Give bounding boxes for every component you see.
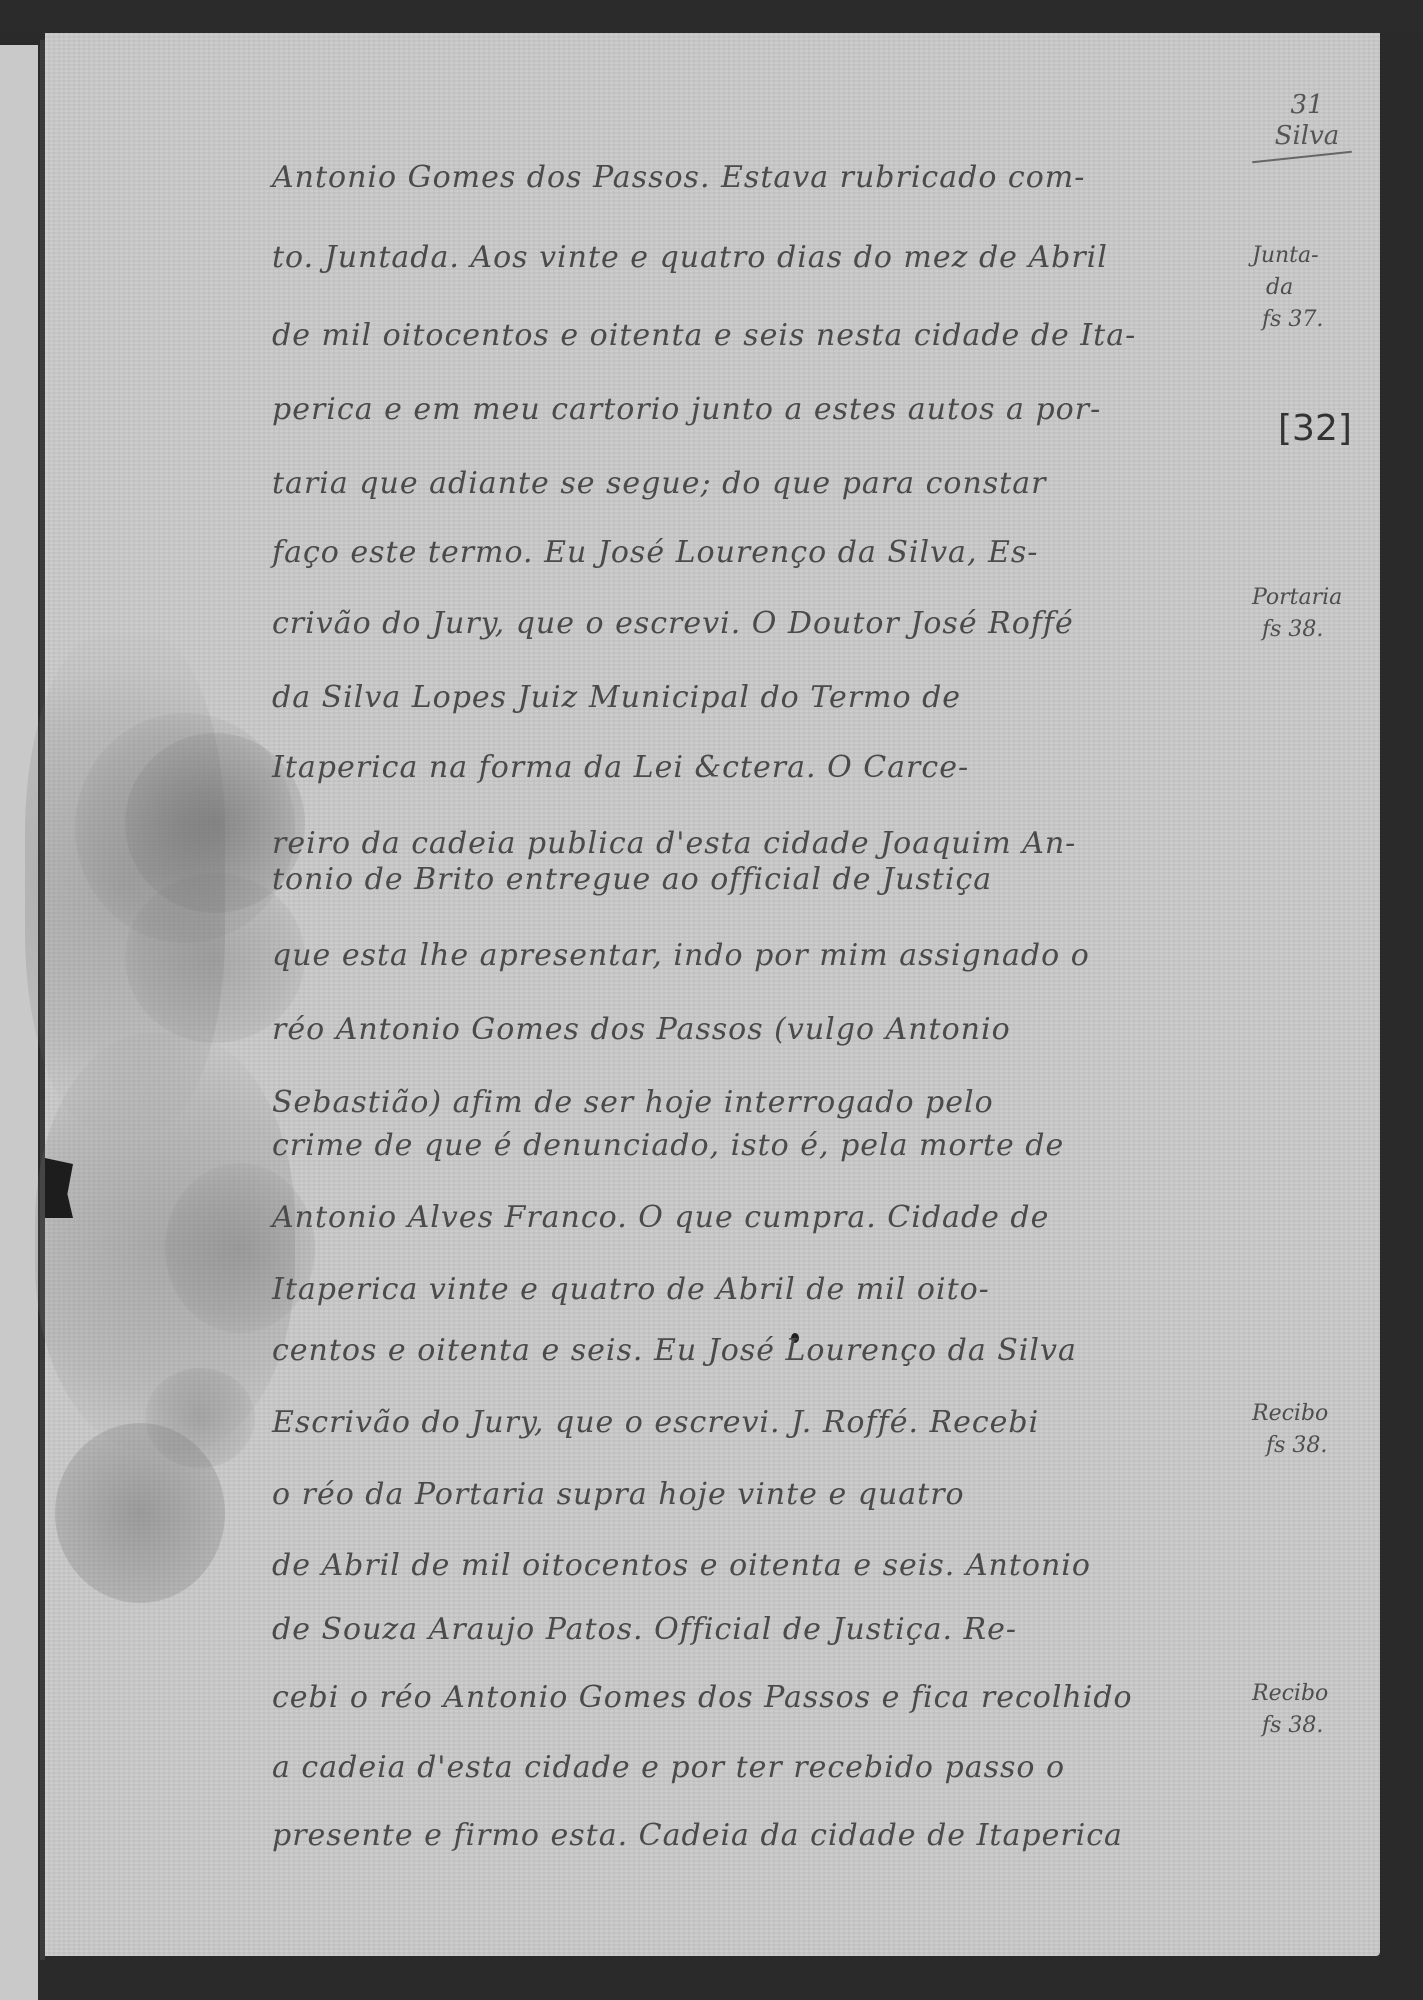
margin-note-line: fs 38. [1252, 614, 1342, 646]
text-line: que esta lhe apresentar, indo por mim as… [272, 938, 1090, 973]
text-line: reiro da cadeia publica d'esta cidade Jo… [272, 826, 1076, 861]
margin-note-line: Recibo [1252, 1398, 1328, 1430]
margin-note-line: da [1252, 272, 1323, 304]
text-line: tonio de Brito entregue ao official de J… [272, 862, 992, 897]
text-line: réo Antonio Gomes dos Passos (vulgo Anto… [272, 1012, 1011, 1047]
archive-page-stamp: [32] [1278, 408, 1352, 449]
water-stain [165, 1163, 315, 1333]
text-line: Sebastião) afim de ser hoje interrogado … [272, 1085, 994, 1120]
text-line: o réo da Portaria supra hoje vinte e qua… [272, 1477, 965, 1512]
folio-number: 31 Silva [1262, 90, 1352, 158]
margin-note-line: fs 37. [1252, 304, 1323, 336]
text-line: de Souza Araujo Patos. Official de Justi… [272, 1612, 1017, 1647]
water-stain [55, 1423, 225, 1603]
text-line: de Abril de mil oitocentos e oitenta e s… [272, 1548, 1091, 1583]
text-line: Antonio Gomes dos Passos. Estava rubrica… [272, 160, 1085, 195]
text-line: a cadeia d'esta cidade e por ter recebid… [272, 1750, 1065, 1785]
margin-note-line: Junta- [1252, 240, 1323, 272]
text-line: centos e oitenta e seis. Eu José Lourenç… [272, 1333, 1077, 1368]
margin-note-recibo: Recibo fs 38. [1252, 1398, 1328, 1462]
folio-signature: Silva [1262, 121, 1352, 152]
folio-number-text: 31 [1262, 90, 1352, 121]
text-line: Itaperica na forma da Lei &ctera. O Carc… [272, 750, 969, 785]
text-line: taria que adiante se segue; do que para … [272, 466, 1046, 501]
margin-note-line: Portaria [1252, 582, 1342, 614]
text-line: Antonio Alves Franco. O que cumpra. Cida… [272, 1200, 1049, 1235]
margin-note-line: fs 38. [1252, 1430, 1328, 1462]
margin-note-portaria: Portaria fs 38. [1252, 582, 1342, 646]
text-line: presente e firmo esta. Cadeia da cidade … [272, 1818, 1123, 1853]
margin-note-recibo: Recibo fs 38. [1252, 1678, 1328, 1742]
text-line: faço este termo. Eu José Lourenço da Sil… [272, 535, 1038, 570]
text-line: da Silva Lopes Juiz Municipal do Termo d… [272, 680, 961, 715]
text-line: de mil oitocentos e oitenta e seis nesta… [272, 318, 1136, 353]
margin-note-line: fs 38. [1252, 1710, 1328, 1742]
adjacent-page-edge [0, 45, 38, 2000]
scan-background-top [0, 0, 1423, 33]
text-line: crivão do Jury, que o escrevi. O Doutor … [272, 606, 1074, 641]
text-line: to. Juntada. Aos vinte e quatro dias do … [272, 240, 1108, 275]
margin-note-line: Recibo [1252, 1678, 1328, 1710]
text-line: perica e em meu cartorio junto a estes a… [272, 392, 1101, 427]
text-line: crime de que é denunciado, isto é, pela … [272, 1128, 1064, 1163]
text-line: cebi o réo Antonio Gomes dos Passos e fi… [272, 1680, 1133, 1715]
text-line: Itaperica vinte e quatro de Abril de mil… [272, 1272, 990, 1307]
text-line: Escrivão do Jury, que o escrevi. J. Roff… [272, 1405, 1039, 1440]
margin-note-juntada: Junta- da fs 37. [1252, 240, 1323, 336]
